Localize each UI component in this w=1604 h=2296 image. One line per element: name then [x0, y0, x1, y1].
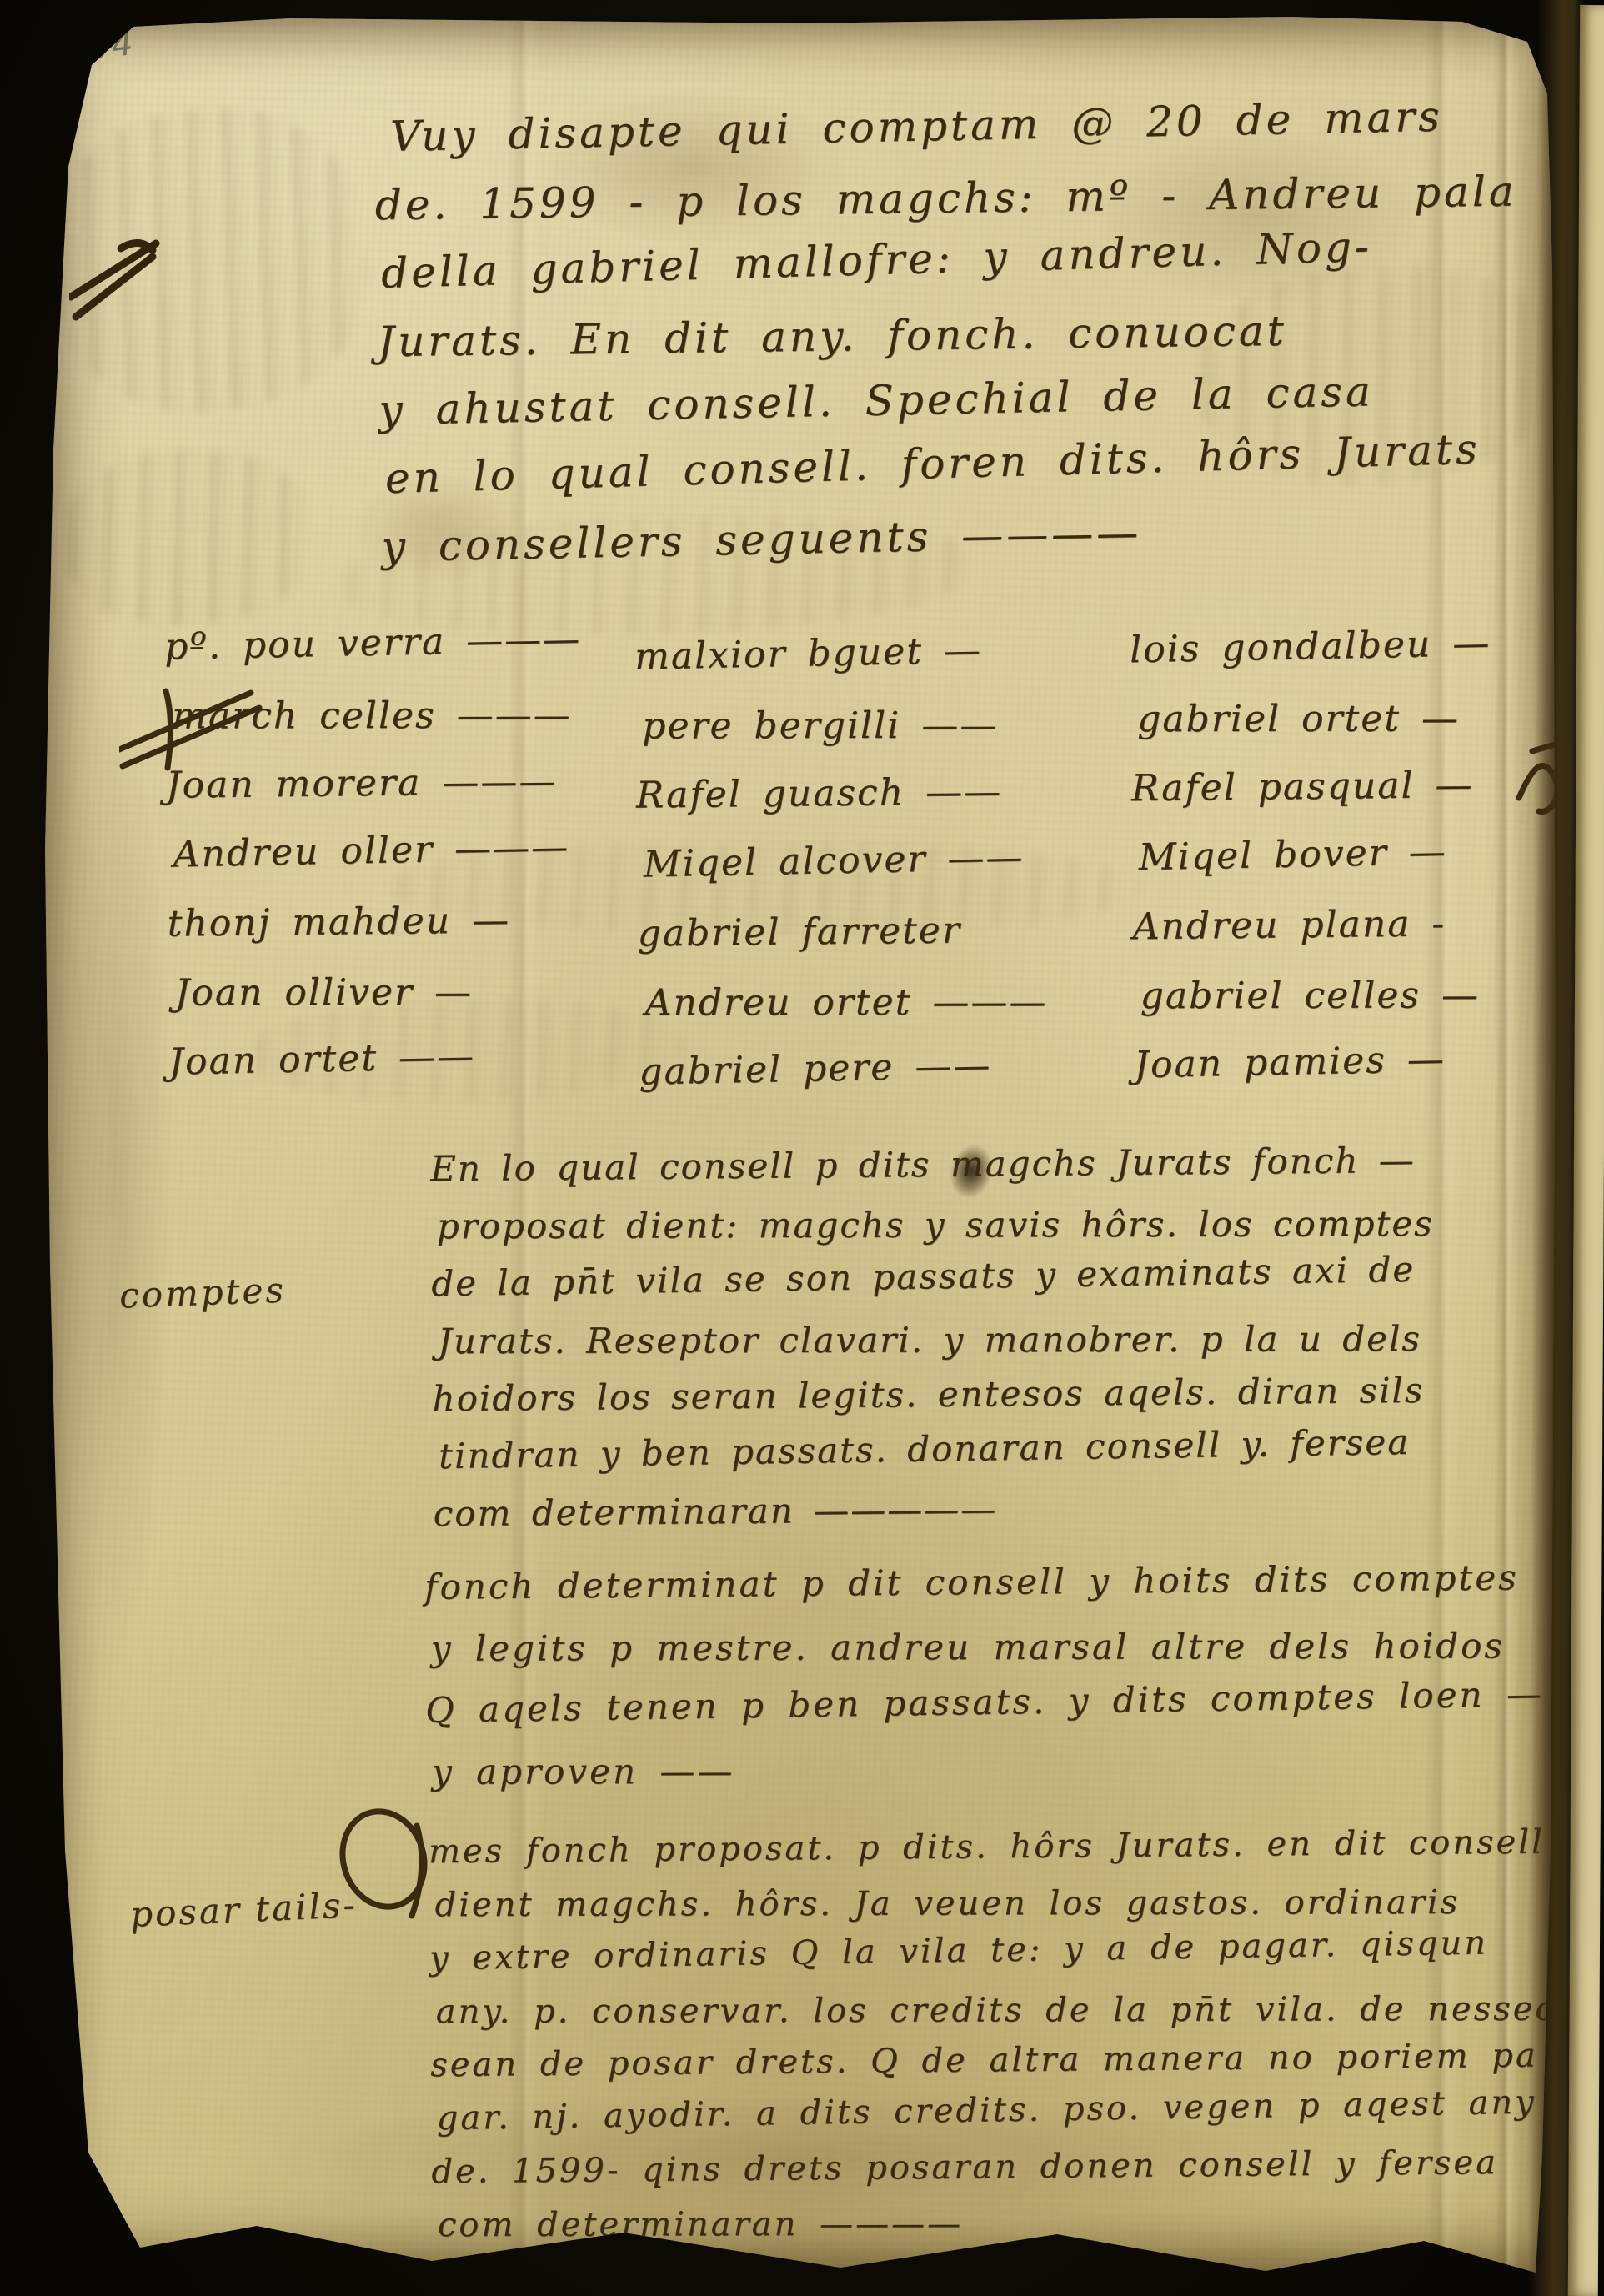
name-entry: march celles ———	[172, 694, 582, 764]
name-entry: Joan olliver —	[175, 971, 585, 1041]
name-entry: gabriel pere ——	[639, 1043, 1049, 1120]
name-entry: Miqel alcover ——	[643, 835, 1046, 912]
text-line: any. p. conservar. los credits de la pn̄…	[436, 1989, 1604, 2046]
name-column: lois gondalbeu — gabriel ortet — Rafel p…	[1130, 625, 1496, 1114]
text-line: En lo qual consell p dits magchs Jurats …	[430, 1140, 1433, 1206]
intro-paragraph: Vuy disapte qui comptam @ 20 de mars de.…	[373, 91, 1525, 591]
name-entry: Joan morera ———	[166, 759, 584, 833]
text-line: com determinaran ————	[438, 2203, 1604, 2259]
name-column: malxior bguet — pere bergilli —— Rafel g…	[634, 631, 1049, 1120]
section-comptes: En lo qual consell p dits magchs Jurats …	[430, 1140, 1436, 1551]
name-entry: Andreu ortet ———	[645, 981, 1048, 1051]
name-entry: Miqel bover —	[1138, 830, 1494, 905]
text-line: de. 1599- qins drets posaran donen conse…	[431, 2143, 1604, 2206]
manuscript-page: 184 Vuy disapte qui comptam @ 20 de mars…	[40, 17, 1556, 2273]
section-posar-tails: mes fonch proposat. p dits. hôrs Jurats.…	[429, 1822, 1604, 2259]
name-entry: gabriel celles —	[1140, 974, 1495, 1044]
name-entry: lois gondalbeu —	[1130, 622, 1492, 698]
name-entry: pere bergilli ——	[642, 704, 1045, 775]
name-entry: Andreu oller ———	[173, 825, 584, 902]
name-entry: gabriel ortet —	[1137, 697, 1491, 767]
folio-number: 184	[59, 24, 139, 72]
name-entry: pº. pou verra ———	[164, 618, 583, 695]
bleedthrough-smudge	[35, 94, 382, 426]
text-line: com determinaran —————	[434, 1485, 1436, 1551]
margin-label-posar-tails: posar tails-	[129, 1884, 358, 1935]
name-entry: thonj mahdeu —	[167, 898, 584, 971]
name-entry: Rafel guasch ——	[636, 770, 1045, 843]
photo-backdrop: 184 Vuy disapte qui comptam @ 20 de mars…	[0, 0, 1604, 2296]
margin-ink-mark	[69, 235, 194, 327]
text-line: Jurats. Reseptor clavari. y manobrer. p …	[438, 1318, 1435, 1378]
text-line: y aproven ——	[432, 1748, 1545, 1812]
name-entry: Andreu plana -	[1132, 902, 1494, 975]
bleedthrough-smudge	[59, 444, 318, 631]
intro-line: Jurats. En dit any. fonch. conuocat	[378, 303, 1521, 386]
section-resolution: fonch determinat p dit consell y hoits d…	[424, 1557, 1545, 1813]
margin-label-comptes: comptes	[118, 1270, 286, 1316]
name-entry: Joan ortet ——	[168, 1033, 587, 1110]
text-line: mes fonch proposat. p dits. hôrs Jurats.…	[429, 1822, 1604, 1886]
name-entry: Rafel pasqual —	[1131, 764, 1493, 837]
name-column: pº. pou verra ——— march celles ——— Joan …	[164, 621, 586, 1110]
name-entry: Joan pamies —	[1134, 1037, 1496, 1113]
text-line: fonch determinat p dit consell y hoits d…	[424, 1557, 1543, 1628]
intro-line: Vuy disapte qui comptam @ 20 de mars	[373, 91, 1516, 181]
name-entry: malxior bguet —	[634, 628, 1045, 704]
name-entry: gabriel farreter	[637, 908, 1046, 981]
